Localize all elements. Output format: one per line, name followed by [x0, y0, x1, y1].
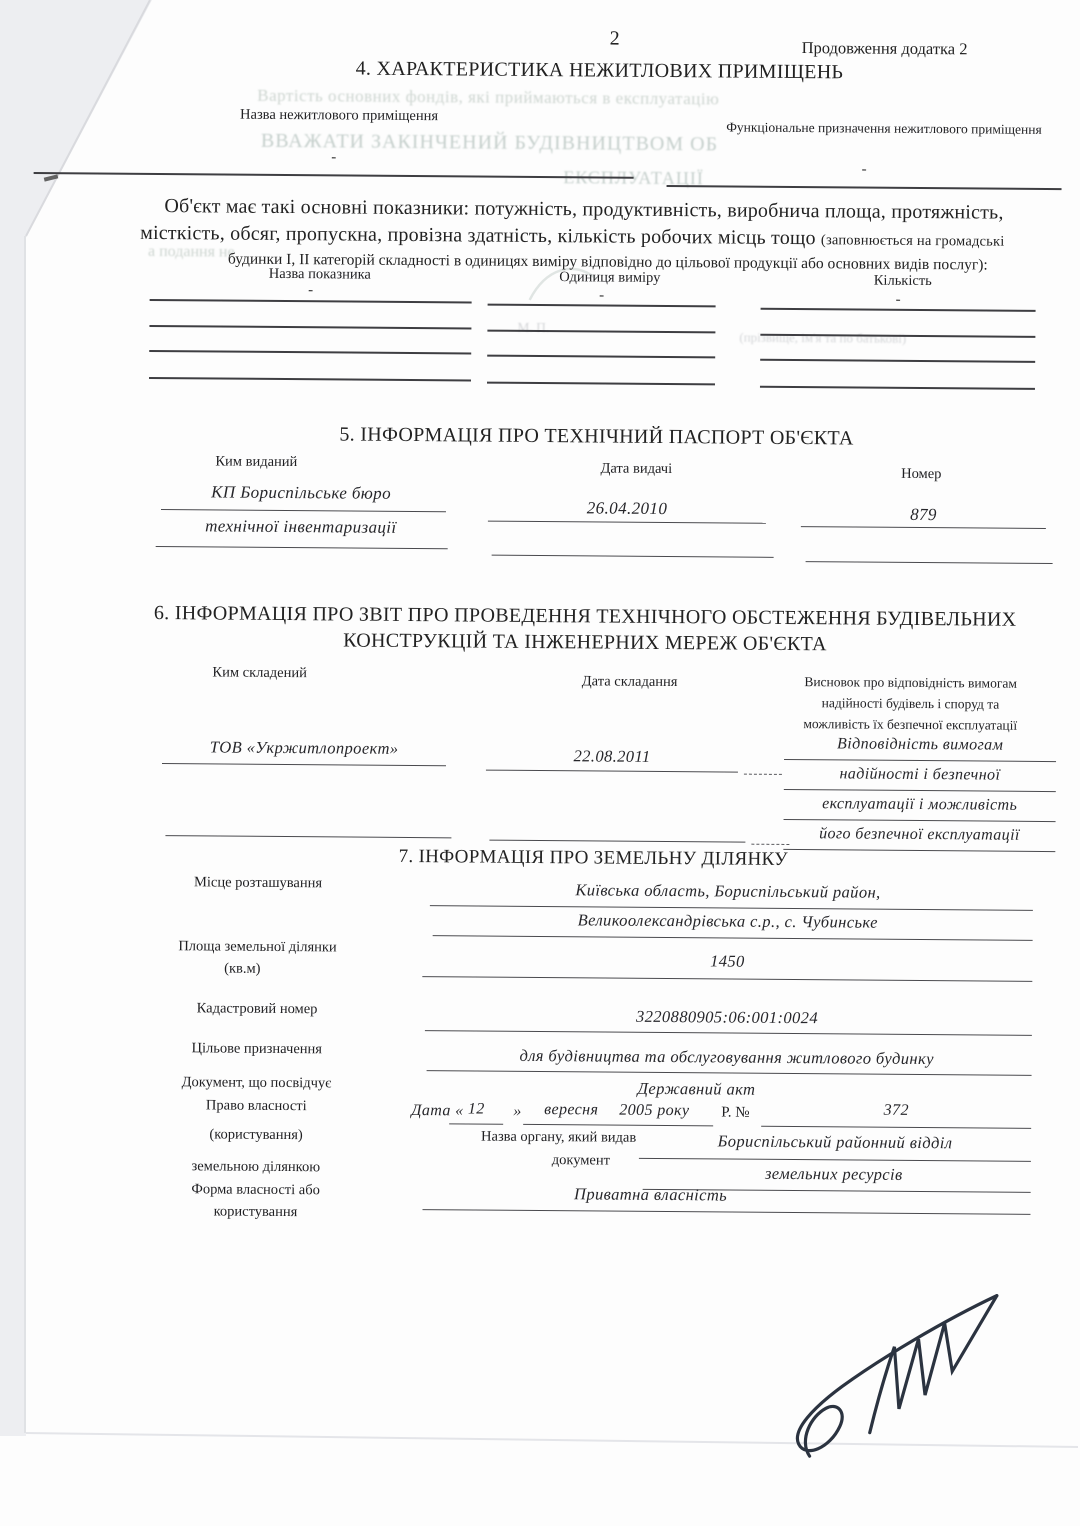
bleedthrough-text: М. П. [517, 320, 549, 336]
table-col3-header: Кількість [803, 271, 1003, 291]
section4-paragraph-line2: місткість, обсяг, пропускна, провізна зд… [140, 221, 1005, 253]
section7-location-value-line2: Великоолександрівська с.р., с. Чубинське [423, 909, 1033, 934]
field-rule [422, 976, 1032, 982]
field-rule [433, 935, 1033, 941]
section7-date-quote-close: » [513, 1102, 522, 1122]
section6-date-label: Дата складання [525, 672, 735, 692]
section5-number-label: Номер [826, 464, 1016, 484]
section6-conclusion-label-line1: Висновок про відповідність вимогам [761, 674, 1061, 693]
section5-issuer-label: Ким виданий [156, 452, 356, 472]
scanned-document-page: Вартість основних фондів, які приймаютьс… [0, 0, 1080, 1526]
section7-date-day: 12 [449, 1099, 503, 1119]
section7-document-value: Державний акт [551, 1078, 841, 1101]
section7-area-label-line2: (кв.м) [132, 959, 352, 979]
field-rule [492, 555, 774, 558]
table-col2-header: Одиниця виміру [510, 268, 710, 288]
section4-purpose-label: Функціональне призначення нежитлового пр… [699, 117, 1069, 141]
section6-author-value: ТОВ «Укржитлопроект» [154, 737, 454, 760]
field-rule [784, 819, 1056, 822]
section5-title: 5. ІНФОРМАЦІЯ ПРО ТЕХНІЧНИЙ ПАСПОРТ ОБ'Є… [136, 421, 1056, 453]
section7-reg-label: Р. № [721, 1103, 749, 1122]
section4-title: 4. ХАРАКТЕРИСТИКА НЕЖИТЛОВИХ ПРИМІЩЕНЬ [139, 55, 1059, 87]
section7-document-label-line2: Право власності [131, 1096, 381, 1116]
section6-conclusion-value-line4: його безпечної експлуатації [783, 824, 1055, 846]
field-rule [761, 1126, 1031, 1129]
section7-area-value: 1450 [422, 949, 1032, 974]
field-rule [486, 770, 738, 773]
field-rule [165, 835, 451, 838]
field-rule [156, 546, 448, 549]
section7-cadastre-value: 3220880905:06:001:0024 [422, 1005, 1032, 1030]
section5-issuer-value-line1: КП Бориспільське бюро [146, 481, 456, 505]
field-rule [806, 561, 1053, 564]
field-rule [425, 1030, 1032, 1036]
field-rule [801, 526, 1046, 529]
section7-cadastre-label: Кадастровий номер [132, 999, 382, 1019]
table-rule [149, 325, 471, 330]
bleedthrough-text: (прізвище, ім'я та по батькові) [739, 330, 906, 347]
section7-ownership-value: Приватна власність [501, 1184, 801, 1207]
table-rule [149, 377, 471, 382]
table-rule [149, 350, 471, 355]
field-rule [784, 789, 1056, 792]
section6-conclusion-label-line3: можливість їх безпечної експлуатації [760, 716, 1060, 735]
section6-conclusion-value-line2: надійності і безпечної [784, 764, 1056, 786]
page-number: 2 [560, 26, 670, 52]
table-rule [760, 386, 1035, 390]
section7-title: 7. ІНФОРМАЦІЯ ПРО ЗЕМЕЛЬНУ ДІЛЯНКУ [133, 843, 1053, 874]
section7-purpose-value: для будівництва та обслуговування житлов… [422, 1045, 1032, 1070]
field-rule [162, 763, 446, 766]
field-rule [427, 1070, 1032, 1076]
field-rule [523, 1124, 713, 1126]
field-rule-dashed [744, 774, 782, 775]
section7-authority-value-line1: Бориспільський районний відділ [639, 1131, 1031, 1155]
section5-date-label: Дата видачі [536, 459, 736, 479]
section5-number-value: 879 [801, 503, 1046, 526]
section5-issuer-value-line2: технічної інвентаризації [146, 515, 456, 539]
section7-authority-value-line2: земельних ресурсів [639, 1163, 1029, 1187]
section6-conclusion-value-line3: експлуатації і можливість [784, 794, 1056, 816]
table-rule [487, 382, 715, 386]
section7-area-label-line1: Площа земельної ділянки [132, 937, 382, 957]
field-rule [488, 521, 766, 524]
field-rule [784, 759, 1056, 762]
table-rule [760, 359, 1035, 363]
section7-document-label-line6: користування [130, 1202, 380, 1222]
section7-date-month: вересня [526, 1100, 616, 1121]
section5-date-value: 26.04.2010 [488, 497, 766, 520]
document-content: Вартість основних фондів, які приймаютьс… [0, 0, 1080, 1526]
section4-name-label: Назва нежитлового приміщення [179, 105, 499, 126]
section6-conclusion-value-line1: Відповідність вимогам [784, 734, 1056, 756]
section7-document-label-line5: Форма власності або [131, 1180, 381, 1200]
section6-author-label: Ким складений [155, 663, 365, 683]
table-col1-value: - [150, 280, 472, 301]
paragraph-line2-small: (заповнюється на громадські [821, 232, 1005, 249]
section4-name-value: - [34, 146, 634, 169]
field-rule [422, 1209, 1030, 1215]
signature [784, 1280, 1010, 1467]
field-rule [639, 1158, 1031, 1162]
section7-reg-number: 372 [761, 1100, 1031, 1122]
section7-location-label: Місце розташування [133, 873, 383, 893]
table-rule [487, 355, 715, 359]
paragraph-line2-main: місткість, обсяг, пропускна, провізна зд… [140, 222, 821, 249]
section7-date-year: 2005 року [619, 1101, 689, 1122]
table-rule [488, 304, 716, 308]
continuation-note: Продовження додатка 2 [802, 38, 968, 60]
section7-document-label-line4: земельною ділянкою [131, 1157, 381, 1177]
section7-authority-label-line1: Назва органу, який видав [481, 1128, 636, 1147]
section4-purpose-value: - [667, 159, 1062, 181]
field-rule [449, 1123, 503, 1124]
section7-document-label-line3: (користування) [131, 1125, 381, 1145]
section7-document-label-line1: Документ, що посвідчує [131, 1073, 381, 1093]
section6-date-value: 22.08.2011 [486, 746, 738, 769]
section7-purpose-label: Цільове призначення [132, 1039, 382, 1059]
field-rule [489, 840, 745, 843]
field-rule [161, 509, 446, 512]
section7-location-value-line1: Київська область, Бориспільський район, [423, 879, 1033, 904]
section4-paragraph-line1: Об'єкт має такі основні показники: потуж… [164, 194, 1003, 226]
section6-conclusion-label-line2: надійності будівель і споруд та [760, 695, 1060, 714]
